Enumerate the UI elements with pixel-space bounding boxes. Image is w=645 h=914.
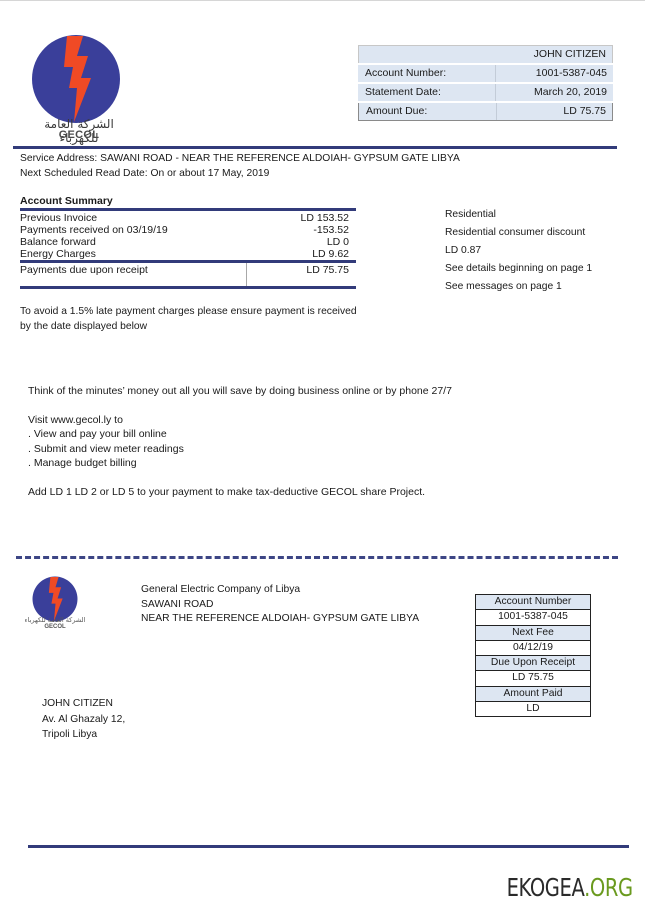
donation-note: Add LD 1 LD 2 or LD 5 to your payment to… (28, 485, 452, 500)
statement-date-row: Statement Date: March 20, 2019 (358, 84, 613, 101)
tear-line (16, 556, 618, 559)
gecol-logo-icon (31, 34, 121, 124)
stub-next-fee: 04/12/19 (476, 641, 590, 656)
summary-row: Energy Charges LD 9.62 (20, 248, 356, 260)
account-number: 1001-5387-045 (496, 65, 613, 82)
payment-stub-table: Account Number 1001-5387-045 Next Fee 04… (475, 594, 591, 717)
account-details: Residential Residential consumer discoun… (445, 206, 592, 296)
account-summary-title: Account Summary (20, 194, 356, 208)
amount-due: LD 75.75 (497, 103, 612, 120)
next-read-date: Next Scheduled Read Date: On or about 17… (20, 166, 460, 181)
stub-account-number: 1001-5387-045 (476, 610, 590, 625)
summary-row: Payments received on 03/19/19 -153.52 (20, 224, 356, 236)
summary-divider (20, 208, 356, 211)
promo-headline: Think of the minutes’ money out all you … (28, 384, 452, 399)
service-address: Service Address: SAWANI ROAD - NEAR THE … (20, 151, 460, 166)
page-top-border (0, 0, 645, 1)
summary-divider (20, 286, 356, 289)
account-info-box: JOHN CITIZEN Account Number: 1001-5387-0… (358, 45, 613, 123)
service-info: Service Address: SAWANI ROAD - NEAR THE … (20, 151, 460, 181)
payments-due-amount: LD 75.75 (247, 263, 356, 286)
summary-row: Balance forward LD 0 (20, 236, 356, 248)
watermark: EKOGEA.ORG (507, 873, 633, 902)
amount-due-row: Amount Due: LD 75.75 (358, 103, 613, 121)
payments-due-row: Payments due upon receipt LD 75.75 (20, 263, 356, 286)
late-payment-note: To avoid a 1.5% late payment charges ple… (20, 304, 360, 334)
logo-small-wordmark: GECOL (22, 624, 88, 630)
promo-bullet: . Manage budget billing (28, 456, 452, 471)
recipient-address: JOHN CITIZEN Av. Al Ghazaly 12, Tripoli … (42, 696, 125, 743)
footer-divider (28, 845, 629, 848)
stub-amount-paid: LD (476, 702, 590, 717)
account-number-row: Account Number: 1001-5387-045 (358, 65, 613, 82)
customer-name: JOHN CITIZEN (496, 46, 612, 63)
stub-due-upon-receipt: LD 75.75 (476, 671, 590, 686)
account-summary: Account Summary Previous Invoice LD 153.… (20, 194, 356, 289)
promo-bullet: . View and pay your bill online (28, 427, 452, 442)
company-address: General Electric Company of Libya SAWANI… (141, 583, 419, 627)
promo-bullet: . Submit and view meter readings (28, 442, 452, 457)
statement-date: March 20, 2019 (496, 84, 613, 101)
visit-website: Visit www.gecol.ly to (28, 413, 452, 428)
logo-small-arabic-text: الشركة العامة للكهرباء (22, 616, 88, 624)
summary-row: Previous Invoice LD 153.52 (20, 212, 356, 224)
logo-wordmark: GECOL (24, 129, 134, 141)
header-divider (13, 146, 617, 149)
customer-name-row: JOHN CITIZEN (358, 45, 613, 63)
promo-message: Think of the minutes’ money out all you … (28, 384, 452, 499)
